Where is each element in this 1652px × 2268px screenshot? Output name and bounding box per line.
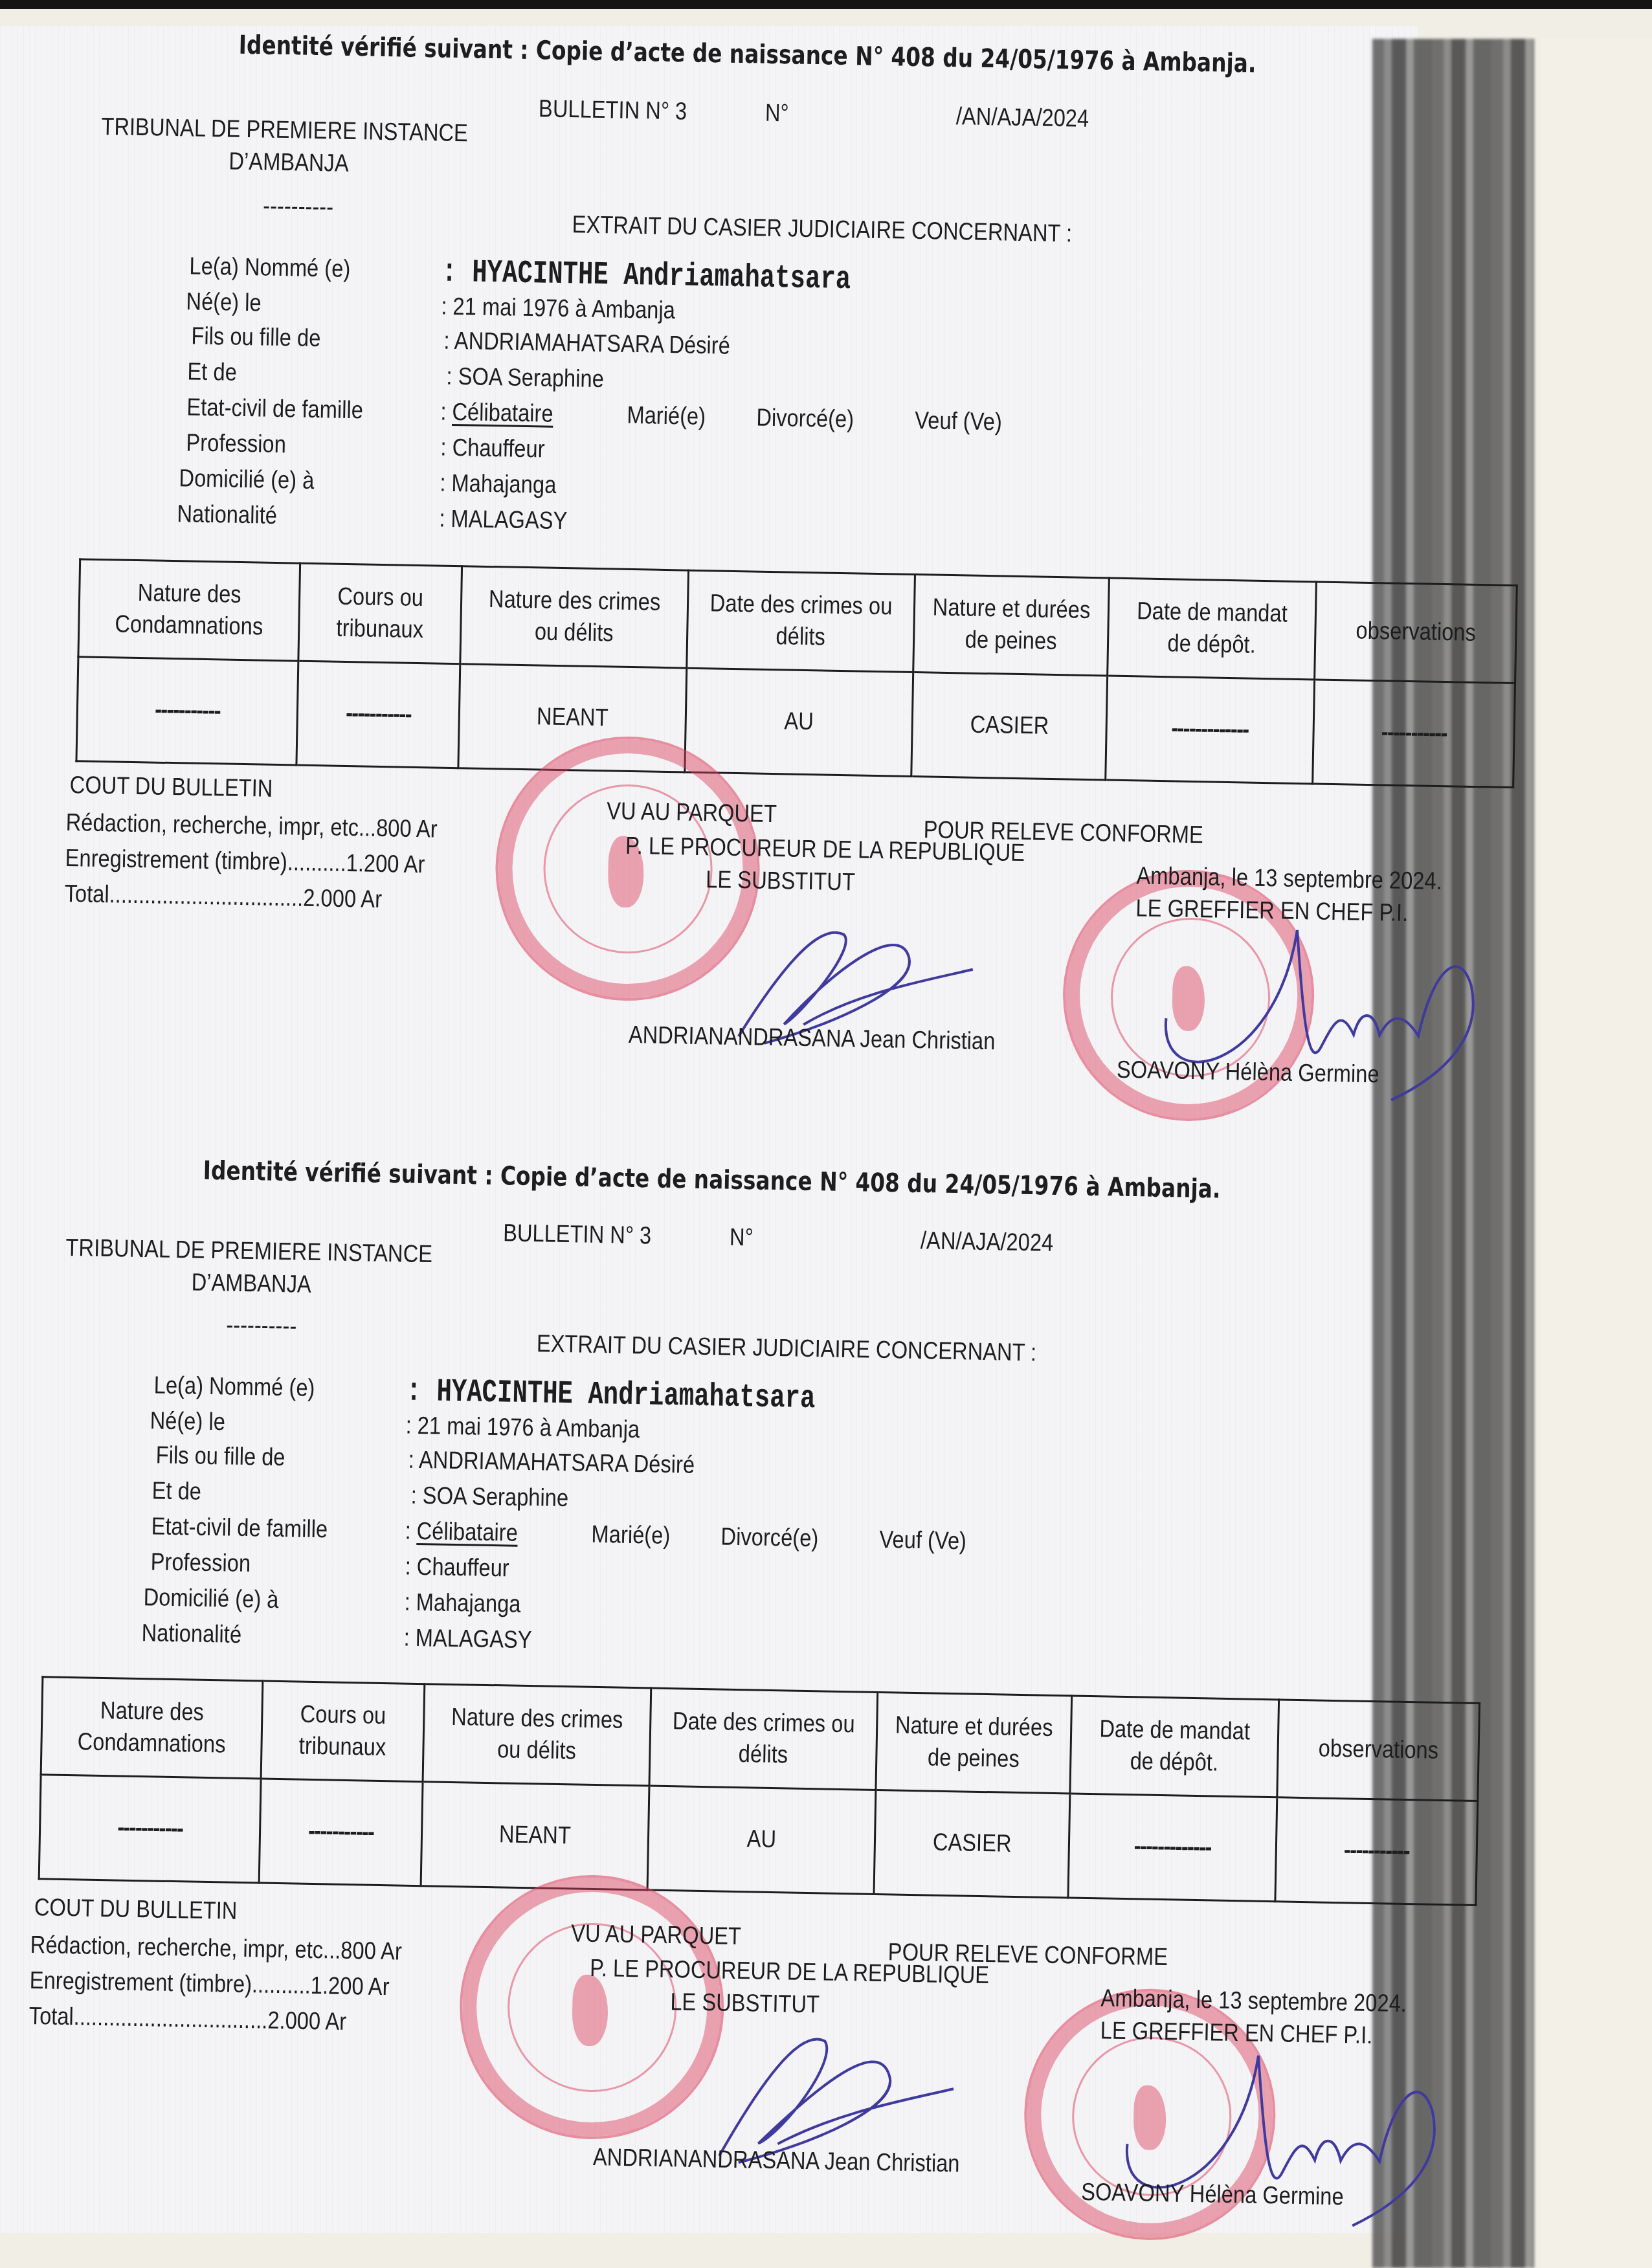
cell-date-crimes: AU <box>685 668 913 776</box>
number-label: N° <box>730 1224 753 1252</box>
field-label-birth: Né(e) le <box>150 1407 225 1436</box>
field-label-father: Fils ou fille de <box>155 1442 285 1473</box>
field-label-nationality: Nationalité <box>141 1619 241 1649</box>
bulletin-number: BULLETIN N° 3 <box>539 95 687 126</box>
field-value-birth: : 21 mai 1976 à Ambanja <box>441 293 675 326</box>
header-cours-tribunaux: Cours ou tribunaux <box>261 1681 425 1782</box>
field-value-domicile: : Mahajanga <box>440 470 557 500</box>
court-name-line2: D’AMBANJA <box>191 1269 311 1298</box>
parquet-line3: LE SUBSTITUT <box>706 866 855 896</box>
field-value-father: : ANDRIAMAHATSARA Désiré <box>408 1447 695 1480</box>
cost-line-enregistrement: Enregistrement (timbre)..........1.200 A… <box>29 1967 389 2001</box>
cell-mandat: ------------- <box>1068 1794 1277 1902</box>
field-value-name: : HYACINTHE Andriamahatsara <box>406 1373 816 1418</box>
field-label-profession: Profession <box>150 1548 251 1578</box>
cost-line-redaction: Rédaction, recherche, impr, etc...800 Ar <box>65 809 438 844</box>
greffe-place-date: Ambanja, le 13 septembre 2024. <box>1136 862 1442 896</box>
civil-status-veuf: Veuf (Ve) <box>915 407 1002 436</box>
field-value-civil-status-prefix: : <box>440 399 447 427</box>
greffe-place-date: Ambanja, le 13 septembre 2024. <box>1100 1984 1407 2018</box>
field-value-father: : ANDRIAMAHATSARA Désiré <box>443 328 730 361</box>
cell-observations: ----------- <box>1275 1797 1478 1906</box>
header-nature-crimes: Nature des crimes ou délits <box>460 566 689 668</box>
field-label-mother: Et de <box>187 358 237 386</box>
field-value-domicile: : Mahajanga <box>404 1589 521 1619</box>
header-nature-condamnations: Nature des Condamnations <box>78 559 300 661</box>
header-date-mandat: Date de mandat de dépôt. <box>1070 1696 1279 1797</box>
court-name-line2: D’AMBANJA <box>229 148 349 178</box>
greffe-line1: POUR RELEVE CONFORME <box>887 1939 1168 1972</box>
header-date-mandat: Date de mandat de dépôt. <box>1108 578 1317 680</box>
cell-tribunaux: ----------- <box>296 661 460 768</box>
number-label: N° <box>765 100 789 128</box>
civil-status-divorce: Divorcé(e) <box>756 405 854 434</box>
cell-observations: ----------- <box>1313 680 1515 788</box>
field-value-birth: : 21 mai 1976 à Ambanja <box>405 1412 640 1445</box>
bulletin-copy-1: Identité vérifié suivant : Copie d’acte … <box>0 0 1652 1130</box>
header-observations: observations <box>1315 582 1517 684</box>
convictions-table: Nature des Condamnations Cours ou tribun… <box>38 1676 1480 1906</box>
field-value-mother: : SOA Seraphine <box>446 363 604 394</box>
field-label-father: Fils ou fille de <box>191 323 321 353</box>
court-separator: ---------- <box>263 193 334 222</box>
bulletin-number: BULLETIN N° 3 <box>503 1219 652 1250</box>
header-nature-crimes: Nature des crimes ou délits <box>423 1684 651 1786</box>
parquet-line1: VU AU PARQUET <box>571 1920 741 1951</box>
convictions-table: Nature des Condamnations Cours ou tribun… <box>75 558 1517 788</box>
field-value-profession: : Chauffeur <box>405 1553 509 1583</box>
civil-status-celibataire: Célibataire <box>416 1518 518 1548</box>
extract-title: EXTRAIT DU CASIER JUDICIAIRE CONCERNANT … <box>572 211 1072 248</box>
civil-status-veuf: Veuf (Ve) <box>879 1526 966 1555</box>
cost-line-enregistrement: Enregistrement (timbre)..........1.200 A… <box>65 845 425 879</box>
field-label-name: Le(a) Nommé (e) <box>189 252 351 283</box>
cell-peines: CASIER <box>874 1790 1070 1897</box>
header-nature-peines: Nature et durées de peines <box>876 1692 1072 1793</box>
header-date-crimes: Date des crimes ou délits <box>649 1688 878 1790</box>
cell-mandat: ------------- <box>1106 676 1315 784</box>
header-date-crimes: Date des crimes ou délits <box>687 570 915 672</box>
cost-line-total: Total.................................2.… <box>28 2003 346 2036</box>
parquet-signatory: ANDRIANANDRASANA Jean Christian <box>628 1021 995 1056</box>
field-value-nationality: : MALAGASY <box>403 1625 532 1655</box>
identity-verification: Identité vérifié suivant : Copie d’acte … <box>203 1156 1220 1205</box>
bulletin-copy-2: Identité vérifié suivant : Copie d’acte … <box>0 1126 1652 2256</box>
field-label-civil-status: Etat-civil de famille <box>186 394 363 425</box>
cell-date-crimes: AU <box>647 1786 876 1894</box>
cost-line-total: Total.................................2.… <box>64 880 382 914</box>
header-nature-peines: Nature et durées de peines <box>913 575 1110 676</box>
cell-peines: CASIER <box>911 673 1108 780</box>
civil-status-divorce: Divorcé(e) <box>720 1524 818 1553</box>
field-value-nationality: : MALAGASY <box>439 506 568 536</box>
field-label-nationality: Nationalité <box>177 500 277 530</box>
field-value-mother: : SOA Seraphine <box>410 1482 568 1513</box>
greffe-signatory: SOAVONY Hélèna Germine <box>1117 1056 1379 1089</box>
field-value-civil-status-prefix: : <box>405 1518 411 1546</box>
court-name-line1: TRIBUNAL DE PREMIERE INSTANCE <box>65 1234 432 1269</box>
identity-verification: Identité vérifié suivant : Copie d’acte … <box>238 30 1256 79</box>
cell-condamnations: ----------- <box>76 657 298 765</box>
field-label-domicile: Domicilié (e) à <box>179 465 315 495</box>
field-value-profession: : Chauffeur <box>440 434 545 464</box>
number-suffix: /AN/AJA/2024 <box>956 103 1089 133</box>
field-label-name: Le(a) Nommé (e) <box>153 1372 315 1403</box>
cell-crimes: NEANT <box>421 1782 649 1890</box>
header-cours-tribunaux: Cours ou tribunaux <box>298 563 462 664</box>
cell-tribunaux: ----------- <box>259 1779 423 1886</box>
field-label-mother: Et de <box>151 1477 201 1506</box>
cost-title: COUT DU BULLETIN <box>34 1894 237 1926</box>
cell-condamnations: ----------- <box>39 1775 261 1883</box>
field-value-name: : HYACINTHE Andriamahatsara <box>441 254 851 299</box>
civil-status-marie: Marié(e) <box>627 402 706 431</box>
civil-status-celibataire: Célibataire <box>452 399 553 428</box>
number-suffix: /AN/AJA/2024 <box>921 1227 1054 1258</box>
civil-status-marie: Marié(e) <box>591 1521 670 1550</box>
field-label-profession: Profession <box>186 429 286 459</box>
greffe-line1: POUR RELEVE CONFORME <box>923 816 1203 849</box>
header-observations: observations <box>1277 1700 1480 1801</box>
cost-title: COUT DU BULLETIN <box>69 772 273 803</box>
cost-line-redaction: Rédaction, recherche, impr, etc...800 Ar <box>30 1931 402 1966</box>
field-label-civil-status: Etat-civil de famille <box>151 1513 328 1544</box>
parquet-line1: VU AU PARQUET <box>607 797 777 828</box>
parquet-signatory: ANDRIANANDRASANA Jean Christian <box>593 2144 960 2178</box>
extract-title: EXTRAIT DU CASIER JUDICIAIRE CONCERNANT … <box>537 1330 1037 1367</box>
court-name-line1: TRIBUNAL DE PREMIERE INSTANCE <box>101 113 468 148</box>
field-label-birth: Né(e) le <box>186 288 262 317</box>
court-separator: ---------- <box>226 1311 297 1340</box>
greffe-signatory: SOAVONY Hélèna Germine <box>1081 2179 1344 2211</box>
field-label-domicile: Domicilié (e) à <box>143 1584 279 1614</box>
header-nature-condamnations: Nature des Condamnations <box>41 1677 263 1779</box>
